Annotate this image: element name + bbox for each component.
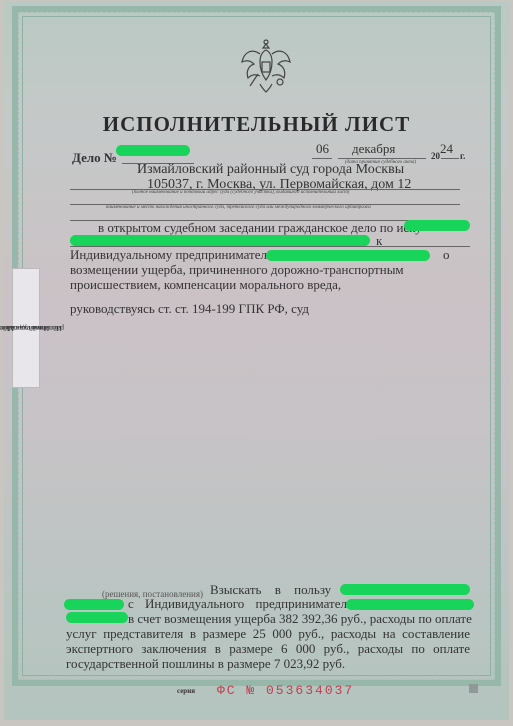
ruling-line-2: с Индивидуального предпринимателя bbox=[128, 596, 353, 612]
date-day: 06 bbox=[316, 141, 329, 157]
ruling-line-5: экспертного заключения в размере 6 000 р… bbox=[66, 641, 470, 657]
date-day-line bbox=[312, 158, 332, 159]
side-label-line-3: Исполнительный лист bbox=[0, 324, 62, 332]
body-line-4: о bbox=[443, 247, 450, 263]
series-label: серия bbox=[177, 687, 195, 695]
date-year-line bbox=[441, 158, 459, 159]
redaction-defendant bbox=[266, 250, 430, 261]
ruling-line-4: услуг представителя в размере 25 000 руб… bbox=[66, 626, 470, 642]
court-caption: (полное наименование и почтовый адрес су… bbox=[132, 190, 349, 195]
series-number: ФС № 053634037 bbox=[217, 683, 354, 698]
redaction-plaintiff bbox=[404, 220, 470, 231]
body-line-3: Индивидуальному предпринимателю bbox=[70, 247, 277, 263]
body-line-6: происшествием, компенсации морального вр… bbox=[70, 277, 341, 293]
date-year: 24 bbox=[440, 141, 453, 157]
redaction-recipient bbox=[340, 584, 470, 595]
foreign-court-caption: наименование и место нахождения иностран… bbox=[106, 205, 371, 210]
side-label-sticker: Измайловскийрайонный суд г.МосквыИсполни… bbox=[12, 268, 40, 388]
redaction-case-number bbox=[116, 145, 190, 156]
ruling-line-6: государственной пошлины в размере 7 023,… bbox=[66, 656, 345, 672]
hologram-mark bbox=[469, 684, 478, 693]
ruling-line-3: в счет возмещения ущерба 382 392,36 руб.… bbox=[128, 611, 470, 627]
date-month-line bbox=[338, 158, 426, 159]
redaction-recipient-2 bbox=[64, 599, 124, 610]
date-month: декабря bbox=[352, 141, 395, 157]
court-name: Измайловский районный суд города Москвы bbox=[137, 162, 404, 178]
body-line-1: в открытом судебном заседании гражданско… bbox=[98, 220, 422, 236]
redaction-plaintiff-2 bbox=[70, 235, 370, 246]
case-number-label: Дело № bbox=[72, 150, 117, 166]
redaction-debtor-2 bbox=[66, 612, 128, 623]
body-line-5: возмещении ущерба, причиненного дорожно-… bbox=[70, 262, 404, 278]
guided-by: руководствуясь ст. ст. 194-199 ГПК РФ, с… bbox=[70, 301, 309, 317]
coat-of-arms-icon bbox=[240, 38, 292, 94]
date-year-suffix: г. bbox=[460, 151, 465, 161]
document-title: ИСПОЛНИТЕЛЬНЫЙ ЛИСТ bbox=[0, 112, 513, 137]
date-century: 20 bbox=[431, 151, 440, 161]
redaction-debtor bbox=[346, 599, 474, 610]
